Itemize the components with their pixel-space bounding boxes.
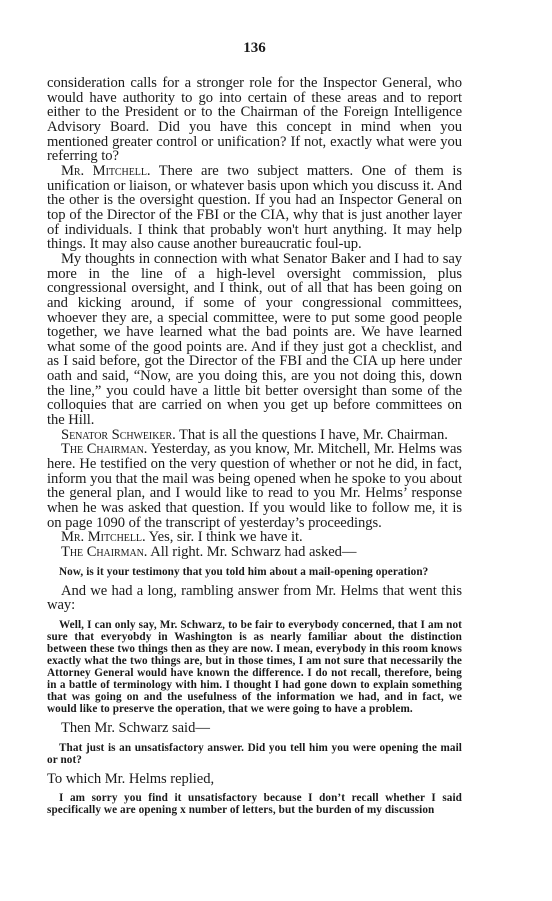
document-body: consideration calls for a stronger role … — [47, 76, 462, 822]
speech-text: All right. Mr. Schwarz had asked— — [150, 544, 356, 560]
speech-chairman-2: The Chairman. All right. Mr. Schwarz had… — [47, 545, 462, 560]
paragraph-thoughts: My thoughts in connection with what Sena… — [47, 252, 462, 428]
speech-chairman-1: The Chairman. Yesterday, as you know, Mr… — [47, 442, 462, 530]
paragraph-helms-replied: To which Mr. Helms replied, — [47, 772, 462, 787]
speech-text: Yes, sir. I think we have it. — [149, 529, 303, 545]
speech-schweiker: Senator Schweiker. That is all the quest… — [47, 428, 462, 443]
speaker-name: The Chairman. — [61, 544, 147, 560]
speech-text: That is all the questions I have, Mr. Ch… — [179, 427, 448, 443]
speaker-name: Mr. Mitchell. — [61, 529, 146, 545]
paragraph-continuation: consideration calls for a stronger role … — [47, 76, 462, 164]
quote-helms-reply: I am sorry you find it unsatisfactory be… — [47, 792, 462, 816]
speech-mitchell-2: Mr. Mitchell. Yes, sir. I think we have … — [47, 530, 462, 545]
paragraph-rambling-answer: And we had a long, rambling answer from … — [47, 584, 462, 613]
paragraph-schwarz-said: Then Mr. Schwarz said— — [47, 721, 462, 736]
speech-mitchell-1: Mr. Mitchell. There are two subject matt… — [47, 164, 462, 252]
page-number: 136 — [47, 40, 462, 57]
quote-schwarz-followup: That just is an unsatisfactory answer. D… — [47, 742, 462, 766]
quote-schwarz-question: Now, is it your testimony that you told … — [47, 566, 462, 578]
quote-helms-answer: Well, I can only say, Mr. Schwarz, to be… — [47, 619, 462, 715]
speaker-name: The Chairman. — [61, 441, 147, 457]
speaker-name: Senator Schweiker. — [61, 427, 176, 443]
speaker-name: Mr. Mitchell. — [61, 163, 150, 179]
